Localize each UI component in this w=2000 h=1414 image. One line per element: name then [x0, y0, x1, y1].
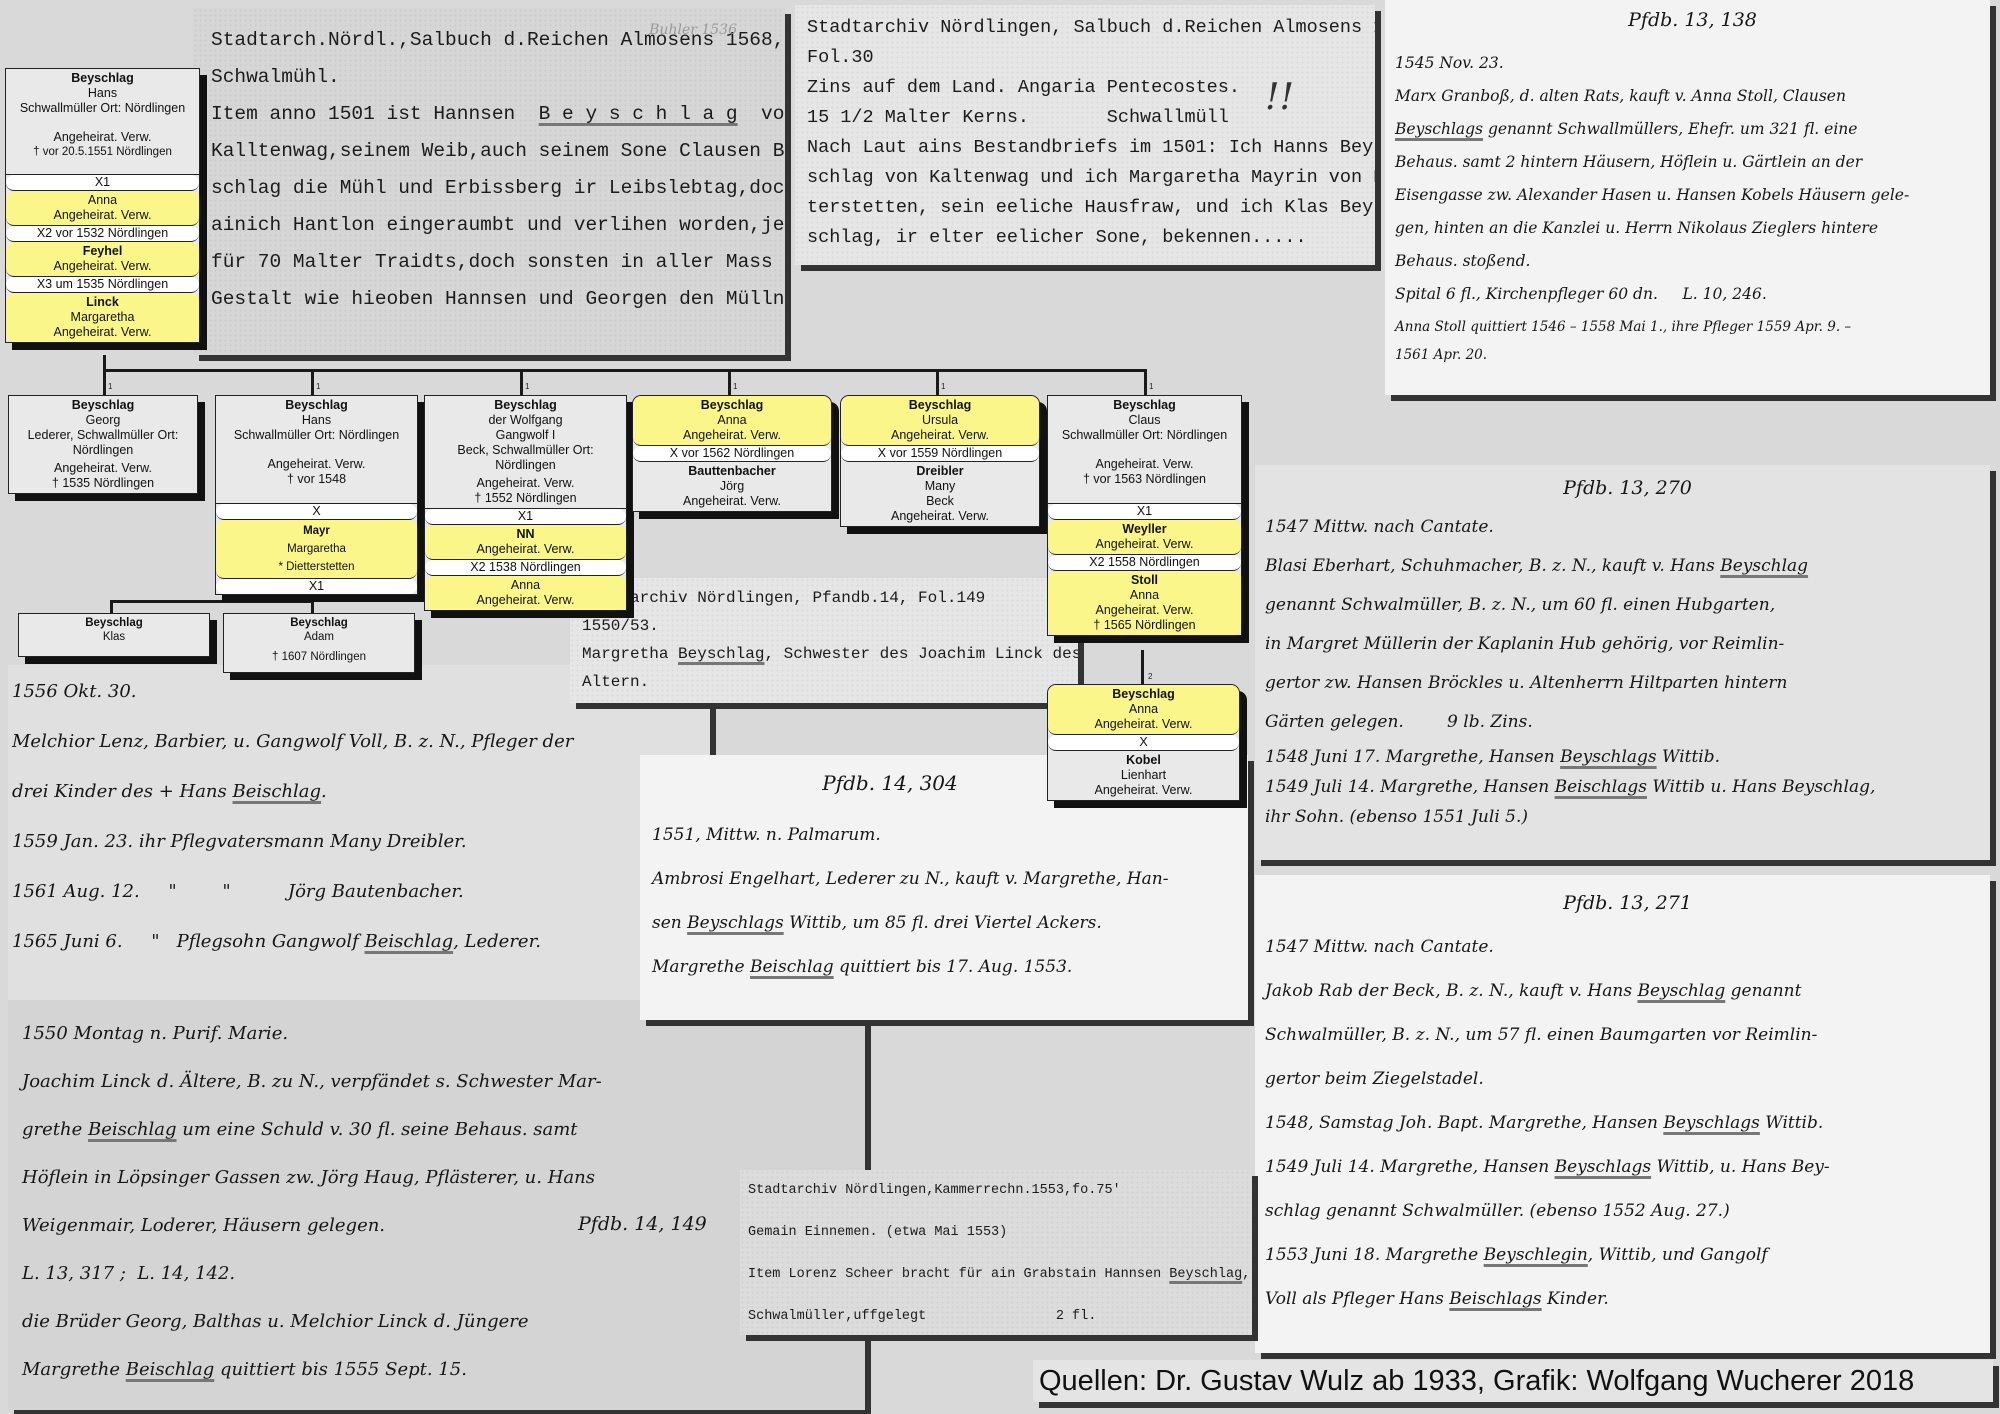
- spouse-feyhel[interactable]: Feyhel Angeheirat. Verw.: [6, 242, 199, 277]
- marriage: X1: [425, 509, 626, 525]
- surname: Beyschlag: [1051, 687, 1236, 702]
- generation-tick: 2: [1148, 672, 1152, 681]
- generation-tick: 1: [525, 382, 529, 391]
- doc-line: 1549 Juli 14. Margrethe, Hansen Beischla…: [1265, 772, 1990, 802]
- generation-tick: 1: [316, 382, 320, 391]
- doc-header: Pfdb. 13, 138: [1395, 4, 1990, 37]
- doc-line: Ambrosi Engelhart, Lederer zu N., kauft …: [652, 857, 1248, 901]
- highlighted-surname: Beischlags: [1449, 1289, 1541, 1309]
- doc-line: sen Beyschlags Wittib, um 85 fl. drei Vi…: [652, 901, 1248, 945]
- highlighted-surname: Beyschlags: [1663, 1113, 1760, 1133]
- surname: Beyschlag: [9, 71, 196, 86]
- death-date: † 1607 Nördlingen: [227, 650, 411, 664]
- highlighted-surname: Beyschlags: [1555, 1157, 1652, 1177]
- spouse-stoll-anna[interactable]: Stoll Anna Angeheirat. Verw. † 1565 Nörd…: [1048, 571, 1241, 635]
- person-root-hans-beyschlag[interactable]: Beyschlag Hans Schwallmüller Ort: Nördli…: [5, 68, 200, 343]
- connector-hans-kids-down: [311, 592, 314, 614]
- generation-tick: 1: [941, 382, 945, 391]
- doc-line: Item anno 1501 ist Hannsen B e y s c h l…: [211, 96, 785, 133]
- death-date: † 1565 Nördlingen: [1051, 618, 1238, 633]
- relation: Angeheirat. Verw.: [1051, 783, 1236, 798]
- document-kammerrechn-1553: Stadtarchiv Nördlingen,Kammerrechn.1553,…: [740, 1170, 1252, 1335]
- given-name: Margaretha: [219, 540, 414, 558]
- surname: Linck: [9, 295, 196, 310]
- relation: Angeheirat. Verw.: [844, 428, 1036, 443]
- connector-hans-kids-bar: [110, 600, 314, 603]
- surname: Kobel: [1051, 753, 1236, 768]
- doc-line: Joachim Linck d. Ältere, B. zu N., verpf…: [22, 1058, 865, 1106]
- generation-tick: 1: [733, 382, 737, 391]
- highlighted-surname: Beyschlags: [687, 913, 784, 933]
- surname: Bauttenbacher: [636, 464, 828, 479]
- doc-line: ainich Hantlon eingeraumbt und verlihen …: [211, 207, 785, 244]
- birth-place: * Dietterstetten: [219, 558, 414, 576]
- marriage: X vor 1562 Nördlingen: [633, 446, 831, 462]
- doc-line: Beyschlags genannt Schwallmüllers, Ehefr…: [1395, 113, 1990, 146]
- doc-line: schlag genannt Schwalmüller. (ebenso 155…: [1265, 1189, 1990, 1233]
- connector-claus: [1144, 369, 1147, 395]
- relation: Angeheirat. Verw.: [428, 476, 623, 491]
- doc-line: Altern.: [582, 668, 1078, 696]
- generation-tick: 1: [108, 382, 112, 391]
- surname: Dreibler: [844, 464, 1036, 479]
- given-name: Hans: [9, 86, 196, 101]
- occupation: Beck: [844, 494, 1036, 509]
- doc-line: 1561 Aug. 12. " " Jörg Bautenbacher.: [12, 867, 710, 917]
- document-salbuch-1568: Buhler 1536 Stadtarch.Nördl.,Salbuch d.R…: [193, 8, 785, 355]
- spouse-mayr-margaretha[interactable]: Mayr Margaretha * Dietterstetten: [216, 520, 417, 579]
- doc-line: schlag von Kaltenwag und ich Margaretha …: [807, 163, 1375, 193]
- doc-line: Nach Laut ains Bestandbriefs im 1501: Ic…: [807, 133, 1375, 163]
- death-date: † vor 1563 Nördlingen: [1051, 472, 1238, 487]
- spouse-linck-margaretha[interactable]: Linck Margaretha Angeheirat. Verw.: [6, 293, 199, 342]
- doc-line: ihr Sohn. (ebenso 1551 Juli 5.): [1265, 802, 1990, 832]
- doc-line: schlag, ir elter eelicher Sone, bekennen…: [807, 223, 1375, 253]
- surname: Beyschlag: [219, 398, 414, 413]
- surname: Beyschlag: [12, 398, 194, 413]
- doc-line: Kalltenwag,seinem Weib,auch seinem Sone …: [211, 133, 785, 170]
- doc-line: 1551, Mittw. n. Palmarum.: [652, 813, 1248, 857]
- person-claus-beyschlag[interactable]: Beyschlag Claus Schwallmüller Ort: Nördl…: [1047, 395, 1242, 636]
- document-hand-1550: 1550 Montag n. Purif. Marie. Joachim Lin…: [8, 1000, 865, 1410]
- doc-line: schlag die Mühl und Erbissberg ir Leibsl…: [211, 170, 785, 207]
- death-date: † 1535 Nördlingen: [12, 476, 194, 491]
- given-name: Anna: [1051, 702, 1236, 717]
- occupation: Beck, Schwallmüller Ort: Nördlingen: [428, 443, 623, 473]
- person-georg-beyschlag[interactable]: Beyschlag Georg Lederer, Schwallmüller O…: [8, 395, 198, 494]
- doc-line: 1548 Juni 17. Margrethe, Hansen Beyschla…: [1265, 742, 1990, 772]
- marriage: X vor 1559 Nördlingen: [841, 446, 1039, 462]
- occupation: Schwallmüller Ort: Nördlingen: [9, 101, 196, 116]
- marriage: X2 1538 Nördlingen: [425, 560, 626, 576]
- document-pfandb-14-149: Stadtarchiv Nördlingen, Pfandb.14, Fol.1…: [570, 578, 1078, 703]
- given-name: Anna: [428, 578, 623, 593]
- doc-line: Margretha Beyschlag, Schwester des Joach…: [582, 640, 1078, 668]
- doc-line: Weigenmair, Loderer, Häusern gelegen.: [22, 1202, 865, 1250]
- death-date: † 1552 Nördlingen: [428, 491, 623, 506]
- doc-line: 1565 Juni 6. " Pflegsohn Gangwolf Beisch…: [12, 917, 710, 967]
- doc-line: Margrethe Beischlag quittiert bis 17. Au…: [652, 945, 1248, 989]
- generation-tick: 1: [1149, 382, 1153, 391]
- doc-line: Gemain Einnemen. (etwa Mai 1553): [748, 1212, 1252, 1254]
- doc-line: Schwalmüller, B. z. N., um 57 fl. einen …: [1265, 1013, 1990, 1057]
- person-hans-beyschlag-jr[interactable]: Beyschlag Hans Schwallmüller Ort: Nördli…: [215, 395, 418, 595]
- doc-line: Marx Granboß, d. alten Rats, kauft v. An…: [1395, 80, 1990, 113]
- surname: Feyhel: [9, 244, 196, 259]
- relation: Angeheirat. Verw.: [1051, 537, 1238, 552]
- person-adam-beyschlag[interactable]: Beyschlag Adam † 1607 Nördlingen: [223, 613, 415, 673]
- relation: Angeheirat. Verw.: [1051, 457, 1238, 472]
- connector-children-bar: [103, 369, 1146, 372]
- spouse-dreibler-many[interactable]: Dreibler Many Beck Angeheirat. Verw.: [841, 462, 1039, 526]
- doc-line: gen, hinten an die Kanzlei u. Herrn Niko…: [1395, 212, 1990, 245]
- doc-line: in Margret Müllerin der Kaplanin Hub geh…: [1265, 625, 1990, 664]
- doc-line: 1549 Juli 14. Margrethe, Hansen Beyschla…: [1265, 1145, 1990, 1189]
- marriage: X3 um 1535 Nördlingen: [6, 277, 199, 293]
- highlighted-surname: Beyschlag: [1169, 1267, 1242, 1282]
- surname: Beyschlag: [428, 398, 623, 413]
- given-name: Anna: [636, 413, 828, 428]
- doc-line: Margrethe Beischlag quittiert bis 1555 S…: [22, 1346, 865, 1394]
- doc-line: Schwalmüller,uffgelegt 2 fl.: [748, 1296, 1252, 1335]
- person-anna-beyschlag-claus-daughter[interactable]: Beyschlag Anna Angeheirat. Verw. X Kobel…: [1047, 684, 1240, 801]
- given-name: Hans: [219, 413, 414, 428]
- highlighted-surname: Beyschlag: [1720, 556, 1808, 576]
- given-name: Lienhart: [1051, 768, 1236, 783]
- given-name: Anna: [9, 193, 196, 208]
- occupation: Schwallmüller Ort: Nördlingen: [219, 428, 414, 443]
- relation: Angeheirat. Verw.: [428, 593, 623, 608]
- highlighted-surname: Beyschlegin: [1484, 1245, 1588, 1265]
- spouse-anna[interactable]: Anna Angeheirat. Verw.: [6, 191, 199, 226]
- doc-line: 1559 Jan. 23. ihr Pflegvatersmann Many D…: [12, 817, 710, 867]
- relation: Angeheirat. Verw.: [636, 494, 828, 509]
- doc-line: grethe Beischlag um eine Schuld v. 30 fl…: [22, 1106, 865, 1154]
- surname: Weyller: [1051, 522, 1238, 537]
- given-name: Jörg: [636, 479, 828, 494]
- doc-line: terstetten, sein eeliche Hausfraw, und i…: [807, 193, 1375, 223]
- relation: Angeheirat. Verw.: [9, 259, 196, 274]
- spouse-nn[interactable]: NN Angeheirat. Verw.: [425, 525, 626, 560]
- marriage: X: [216, 504, 417, 520]
- doc-line: 1553 Juni 18. Margrethe Beyschlegin, Wit…: [1265, 1233, 1990, 1277]
- surname: Beyschlag: [636, 398, 828, 413]
- document-pfdb-13-138: Pfdb. 13, 138 1545 Nov. 23. Marx Granboß…: [1385, 0, 1990, 395]
- doc-line: 1547 Mittw. nach Cantate.: [1265, 925, 1990, 969]
- surname: Beyschlag: [844, 398, 1036, 413]
- occupation: Lederer, Schwallmüller Ort: Nördlingen: [12, 428, 194, 458]
- death-date: † vor 1548: [219, 472, 414, 487]
- document-pfdb-13-270: Pfdb. 13, 270 1547 Mittw. nach Cantate. …: [1255, 465, 1990, 860]
- marriage: X1: [1048, 504, 1241, 520]
- given-name: Ursula: [844, 413, 1036, 428]
- highlighted-surname: Beischlag: [126, 1359, 215, 1380]
- marriage: X2 1558 Nördlingen: [1048, 555, 1241, 571]
- doc-line: Melchior Lenz, Barbier, u. Gangwolf Voll…: [12, 717, 710, 767]
- doc-line: Gestalt wie hieoben Hannsen und Georgen …: [211, 281, 785, 318]
- doc-line: Behaus. samt 2 hintern Häusern, Höflein …: [1395, 146, 1990, 179]
- surname: Mayr: [219, 522, 414, 540]
- credits-footer: Quellen: Dr. Gustav Wulz ab 1933, Grafik…: [1033, 1360, 1993, 1402]
- doc-line: Behaus. stoßend.: [1395, 245, 1990, 278]
- doc-line: 1545 Nov. 23.: [1395, 47, 1990, 80]
- surname: Beyschlag: [1051, 398, 1238, 413]
- doc-line: 1550/53.: [582, 612, 1078, 640]
- doc-line: genannt Schwalmüller, B. z. N., um 60 fl…: [1265, 586, 1990, 625]
- doc-line: Anna Stoll quittiert 1546 – 1558 Mai 1.,…: [1395, 311, 1990, 344]
- surname: Stoll: [1051, 573, 1238, 588]
- spouse-weyller[interactable]: Weyller Angeheirat. Verw.: [1048, 520, 1241, 555]
- spouse-bauttenbacher-joerg[interactable]: Bauttenbacher Jörg Angeheirat. Verw.: [633, 462, 831, 511]
- doc-line: gertor zw. Hansen Bröckles u. Altenherrn…: [1265, 664, 1990, 703]
- given-name: Margaretha: [9, 310, 196, 325]
- connector-georg: [103, 369, 106, 395]
- doc-line: 1547 Mittw. nach Cantate.: [1265, 508, 1990, 547]
- spouse-kobel-lienhart[interactable]: Kobel Lienhart Angeheirat. Verw.: [1048, 751, 1239, 800]
- alias: Gangwolf I: [428, 428, 623, 443]
- highlighted-surname: Beischlags: [1555, 777, 1647, 797]
- highlighted-surname: Beyschlags: [1395, 120, 1483, 138]
- given-name: Claus: [1051, 413, 1238, 428]
- doc-line: Item Lorenz Scheer bracht für ain Grabst…: [748, 1254, 1252, 1296]
- doc-line: gertor beim Ziegelstadel.: [1265, 1057, 1990, 1101]
- doc-line: Höflein in Löpsinger Gassen zw. Jörg Hau…: [22, 1154, 865, 1202]
- doc-line: Jakob Rab der Beck, B. z. N., kauft v. H…: [1265, 969, 1990, 1013]
- doc-line: drei Kinder des + Hans Beischlag.: [12, 767, 710, 817]
- relation: Angeheirat. Verw.: [844, 509, 1036, 524]
- relation: Angeheirat. Verw.: [1051, 717, 1236, 732]
- doc-line: Blasi Eberhart, Schuhmacher, B. z. N., k…: [1265, 547, 1990, 586]
- doc-header: Pfdb. 13, 271: [1265, 881, 1990, 925]
- spouse-anna[interactable]: Anna Angeheirat. Verw.: [425, 576, 626, 610]
- highlighted-surname: Beyschlags: [1560, 747, 1657, 767]
- document-hand-1556: 1556 Okt. 30. Melchior Lenz, Barbier, u.…: [8, 665, 710, 1000]
- highlighted-surname: Beischlag: [365, 931, 454, 952]
- exclamation-annotation: !!: [1265, 83, 1294, 113]
- doc-line: Fol.30: [807, 43, 1375, 73]
- doc-line: Stadtarchiv Nördlingen, Pfandb.14, Fol.1…: [582, 584, 1078, 612]
- highlighted-surname: Beyschlag: [678, 645, 764, 663]
- doc-reference: Pfdb. 14, 149: [578, 1200, 707, 1248]
- doc-line: Stadtarchiv Nördlingen,Kammerrechn.1553,…: [748, 1170, 1252, 1212]
- marriage: X: [1048, 735, 1239, 751]
- doc-line: 1548, Samstag Joh. Bapt. Margrethe, Hans…: [1265, 1101, 1990, 1145]
- given-name: Anna: [1051, 588, 1238, 603]
- connector-hans: [311, 369, 314, 395]
- doc-line: Gärten gelegen. 9 lb. Zins.: [1265, 703, 1990, 742]
- doc-line: L. 13, 317 ; L. 14, 142.: [22, 1250, 865, 1298]
- document-pfdb-13-271: Pfdb. 13, 271 1547 Mittw. nach Cantate. …: [1255, 875, 1990, 1353]
- relation: Angeheirat. Verw.: [1051, 603, 1238, 618]
- doc-line: Stadtarchiv Nördlingen, Salbuch d.Reiche…: [807, 13, 1375, 43]
- surname: Beyschlag: [22, 616, 206, 630]
- given-name: der Wolfgang: [428, 413, 623, 428]
- relation: Angeheirat. Verw.: [9, 208, 196, 223]
- highlighted-surname: Beischlag: [88, 1119, 177, 1140]
- connector-claus-anna: [1141, 650, 1144, 684]
- marriage: X1: [216, 579, 417, 594]
- document-salbuch-1512: !! Stadtarchiv Nördlingen, Salbuch d.Rei…: [795, 5, 1375, 265]
- doc-line: Schwalmühl.: [211, 59, 785, 96]
- surname: NN: [428, 527, 623, 542]
- highlighted-surname: B e y s c h l a g: [539, 103, 738, 125]
- doc-line: die Brüder Georg, Balthas u. Melchior Li…: [22, 1298, 865, 1346]
- death-date: † vor 20.5.1551 Nördlingen: [9, 145, 196, 160]
- highlighted-surname: Beischlag: [232, 781, 321, 802]
- given-name: Many: [844, 479, 1036, 494]
- person-anna-beyschlag[interactable]: Beyschlag Anna Angeheirat. Verw. X vor 1…: [632, 395, 832, 512]
- marriage: X1: [6, 175, 199, 191]
- highlighted-surname: Beyschlag: [1637, 981, 1725, 1001]
- person-klas-beyschlag[interactable]: Beyschlag Klas: [18, 613, 210, 657]
- given-name: Adam: [227, 630, 411, 644]
- occupation: Schwallmüller Ort: Nördlingen: [1051, 428, 1238, 443]
- doc-header: Pfdb. 13, 270: [1265, 469, 1990, 508]
- doc-line: Eisengasse zw. Alexander Hasen u. Hansen…: [1395, 179, 1990, 212]
- connector-anna: [728, 369, 731, 395]
- highlighted-surname: Beischlag: [750, 957, 834, 977]
- relation: Angeheirat. Verw.: [428, 542, 623, 557]
- surname: Beyschlag: [227, 616, 411, 630]
- relation: Angeheirat. Verw.: [9, 325, 196, 340]
- doc-line: 1561 Apr. 20.: [1395, 344, 1990, 366]
- relation: Angeheirat. Verw.: [9, 130, 196, 145]
- doc-line: Spital 6 fl., Kirchenpfleger 60 dn. L. 1…: [1395, 278, 1990, 311]
- marriage: X2 vor 1532 Nördlingen: [6, 226, 199, 242]
- relation: Angeheirat. Verw.: [636, 428, 828, 443]
- doc-line: Voll als Pfleger Hans Beischlags Kinder.: [1265, 1277, 1990, 1321]
- connector-wolfgang: [520, 369, 523, 395]
- given-name: Klas: [22, 630, 206, 644]
- person-wolfgang-beyschlag[interactable]: Beyschlag der Wolfgang Gangwolf I Beck, …: [424, 395, 627, 611]
- relation: Angeheirat. Verw.: [219, 457, 414, 472]
- given-name: Georg: [12, 413, 194, 428]
- doc-line: für 70 Malter Traidts,doch sonsten in al…: [211, 244, 785, 281]
- pencil-note: Buhler 1536: [649, 12, 737, 49]
- relation: Angeheirat. Verw.: [12, 461, 194, 476]
- person-ursula-beyschlag[interactable]: Beyschlag Ursula Angeheirat. Verw. X vor…: [840, 395, 1040, 527]
- connector-klas: [110, 600, 113, 614]
- connector-ursula: [936, 369, 939, 395]
